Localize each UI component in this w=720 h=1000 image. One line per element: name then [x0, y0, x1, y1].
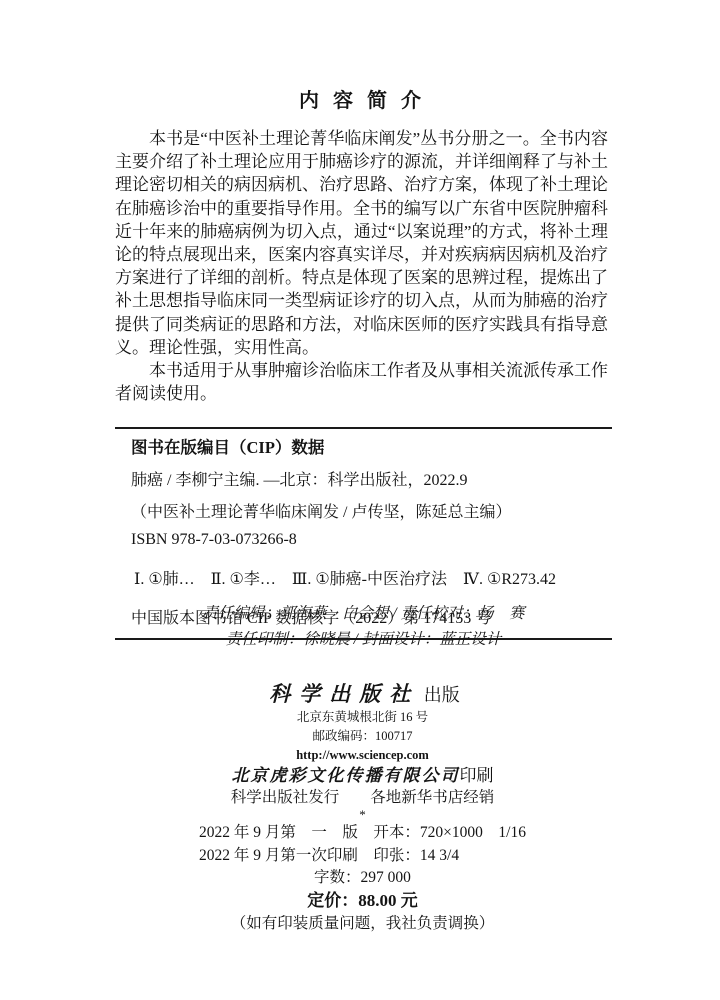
cip-title: 图书在版编目（CIP）数据 [131, 434, 612, 458]
printer-suffix: 印刷 [460, 766, 494, 785]
intro-section-header: 内容简介 [0, 84, 720, 113]
edition-line: 2022 年 9 月第 一 版 开本：720×1000 1/16 [199, 821, 526, 844]
edition-info: 2022 年 9 月第 一 版 开本：720×1000 1/16 2022 年 … [114, 821, 611, 867]
cip-classification-line: Ⅰ. ①肺… Ⅱ. ①李… Ⅲ. ①肺癌-中医治疗法 Ⅳ. ①R273.42 [131, 566, 612, 589]
colophon: 科学出版社 出版 北京东黄城根北街 16 号 邮政编码：100717 http:… [114, 681, 611, 935]
press-suffix: 出版 [424, 685, 460, 705]
distribution-line: 科学出版社发行 各地新华书店经销 [114, 787, 611, 808]
printing-run-line: 2022 年 9 月第一次印刷 印张：14 3/4 [199, 844, 526, 867]
printer-line: 北京虎彩文化传播有限公司印刷 [114, 765, 611, 787]
press-logo: 科学出版社 [265, 682, 419, 706]
press-line: 科学出版社 出版 [114, 681, 611, 708]
cip-isbn-line: ISBN 978-7-03-073266-8 [131, 531, 612, 549]
press-postcode: 邮政编码：100717 [114, 727, 611, 746]
cip-series-line: （中医补土理论菁华临床阐发 / 卢传坚，陈延总主编） [131, 499, 612, 522]
printer-name: 北京虎彩文化传播有限公司 [232, 766, 460, 785]
intro-body: 本书是“中医补土理论菁华临床阐发”丛书分册之一。全书内容主要介绍了补土理论应用于… [115, 127, 608, 405]
staff-credits: 责任编辑：郭海燕 白会想 / 责任校对：杨 赛 责任印制：徐晓晨 / 封面设计：… [115, 601, 612, 653]
word-count: 字数：297 000 [114, 867, 611, 889]
press-website: http://www.sciencep.com [114, 746, 611, 765]
cip-record-line: 肺癌 / 李柳宁主编. —北京：科学出版社，2022.9 [131, 467, 612, 490]
intro-paragraph: 本书是“中医补土理论菁华临床阐发”丛书分册之一。全书内容主要介绍了补土理论应用于… [115, 127, 608, 359]
price: 定价：88.00 元 [114, 889, 611, 912]
staff-printing-line: 责任印制：徐晓晨 / 封面设计：蓝正设计 [115, 627, 612, 653]
intro-paragraph: 本书适用于从事肿瘤诊治临床工作者及从事相关流派传承工作者阅读使用。 [115, 359, 608, 405]
intro-title: 内容简介 [285, 90, 435, 112]
staff-editors-line: 责任编辑：郭海燕 白会想 / 责任校对：杨 赛 [115, 601, 612, 627]
press-address: 北京东黄城根北街 16 号 [114, 708, 611, 727]
quality-notice: （如有印装质量问题，我社负责调换） [114, 912, 611, 935]
separator-star: * [114, 808, 611, 821]
copyright-page: 内容简介 本书是“中医补土理论菁华临床阐发”丛书分册之一。全书内容主要介绍了补土… [0, 0, 720, 1000]
edition-block: 2022 年 9 月第 一 版 开本：720×1000 1/16 2022 年 … [199, 821, 526, 867]
